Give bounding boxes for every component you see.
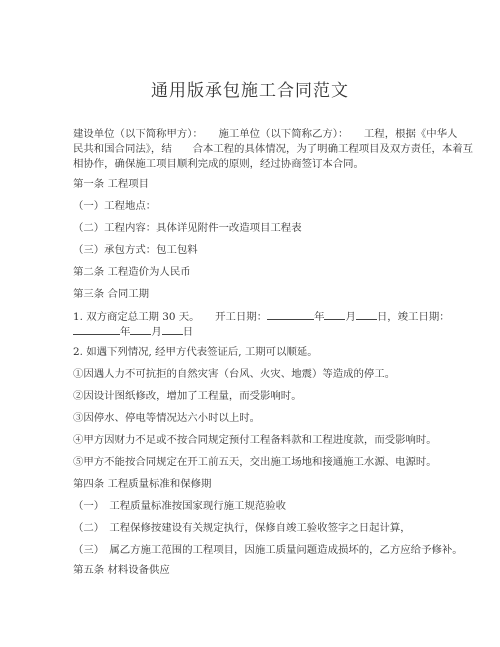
article-1-heading: 第一条 工程项目: [73, 177, 425, 192]
article-3-clause-1: 1. 双方商定总工期 30 天。 开工日期：年月日，竣工日期：: [73, 309, 425, 325]
condition-1: ①因遇人力不可抗拒的自然灾害（台风、火灾、地震）等造成的停工。: [73, 367, 425, 382]
end-month-blank: [130, 324, 151, 335]
article-4-item-1: （一） 工程质量标准按国家现行施工规范验收: [73, 499, 425, 514]
article-2-heading: 第二条 工程造价为人民币: [73, 265, 425, 280]
document-page: 通用版承包施工合同范文 建设单位（以下简称甲方）： 施工单位（以下简称乙方）： …: [0, 0, 500, 647]
end-month-label: 月: [151, 326, 161, 338]
article-3-clause-2: 2. 如遇下列情况, 经甲方代表签证后, 工期可以顺延。: [73, 345, 425, 360]
article-1-item-3: （三）承包方式：包工包料: [73, 243, 425, 258]
start-day-blank: [356, 309, 377, 320]
article-4-item-3: （三） 属乙方施工范围的工程项目，因施工质量问题造成损坏的，乙方应给予修补。: [73, 543, 425, 558]
condition-3: ③因停水、停电等情况达六小时以上时。: [73, 411, 425, 426]
intro-line-3: 相协作，确保施工项目顺利完成的原则，经过协商签订本合同。: [73, 157, 425, 172]
article-4-item-2: （二） 工程保修按建设有关规定执行，保修自竣工验收签字之日起计算，: [73, 521, 425, 536]
start-month-label: 月: [345, 311, 355, 323]
end-year-label: 年: [120, 326, 130, 338]
start-day-completion-label: 日，竣工日期：: [377, 311, 450, 323]
intro-line-2: 民共和国合同法》，结 合本工程的具体情况，为了明确工程项目及双方责任，本着互: [73, 142, 425, 157]
clause-1-prefix: 1. 双方商定总工期 30 天。 开工日期：: [73, 311, 267, 323]
document-title: 通用版承包施工合同范文: [0, 76, 500, 101]
start-year-blank: [267, 309, 314, 320]
article-3-heading: 第三条 合同工期: [73, 287, 425, 302]
end-year-blank: [73, 324, 120, 335]
article-1-item-2: （二）工程内容：具体详见附件一改造项目工程表: [73, 221, 425, 236]
end-day-blank: [162, 324, 183, 335]
article-1-item-1: （一）工程地点：: [73, 199, 425, 214]
start-month-blank: [324, 309, 345, 320]
end-day-label: 日: [183, 326, 193, 338]
article-3-clause-1-cont: 年月日: [73, 324, 425, 340]
intro-line-1: 建设单位（以下简称甲方）： 施工单位（以下简称乙方）： 工程，根据《中华人: [73, 127, 425, 142]
condition-2: ②因设计图纸修改，增加了工程量，而受影响时。: [73, 389, 425, 404]
article-5-heading: 第五条 材料设备供应: [73, 563, 425, 578]
condition-4: ④甲方因财力不足或不按合同规定预付工程备料款和工程进度款，而受影响时。: [73, 433, 425, 448]
start-year-label: 年: [314, 311, 324, 323]
condition-5: ⑤甲方不能按合同规定在开工前五天，交出施工场地和接通施工水源、电源时。: [73, 455, 425, 470]
article-4-heading: 第四条 工程质量标准和保修期: [73, 477, 425, 492]
